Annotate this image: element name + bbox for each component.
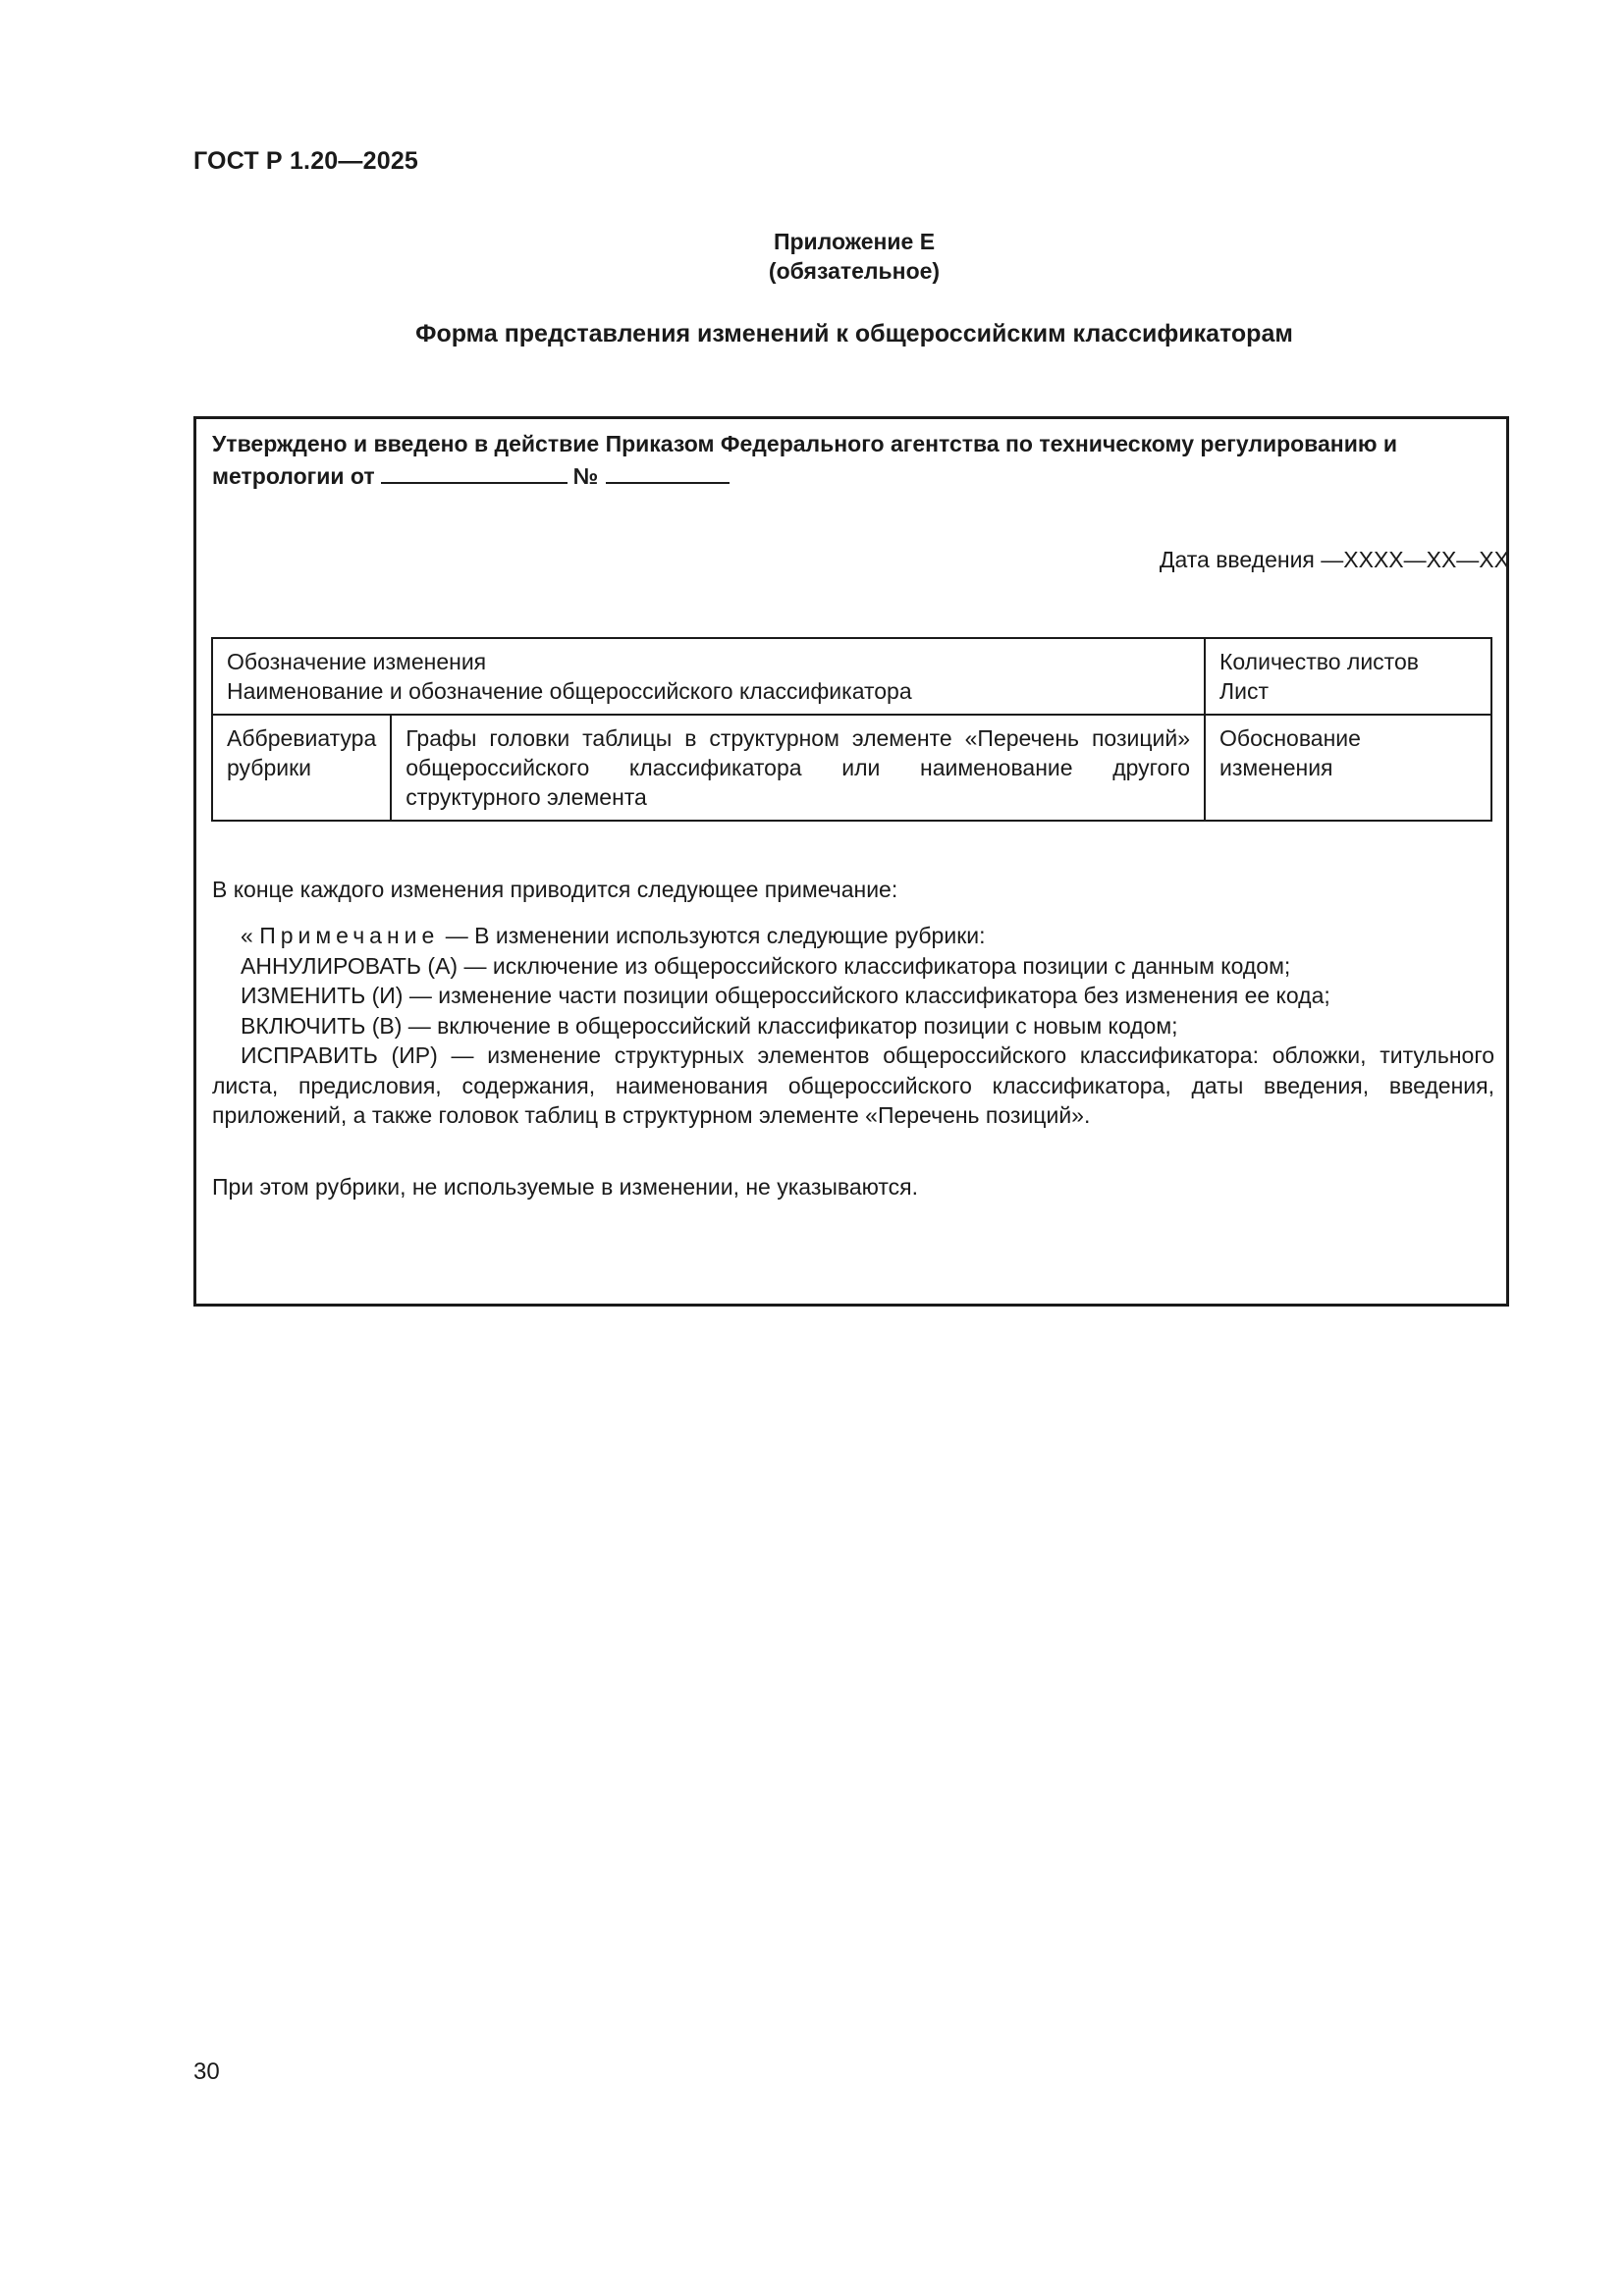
note-item-correct: ИСПРАВИТЬ (ИР) — изменение структурных э…	[212, 1041, 1494, 1131]
document-code: ГОСТ Р 1.20—2025	[193, 147, 418, 176]
note-intro: « Примечание — В изменении используются …	[212, 921, 1494, 951]
approval-date-blank	[381, 460, 568, 484]
approval-line-1: Утверждено и введено в действие Приказом…	[212, 428, 1498, 460]
approval-number-blank	[606, 460, 730, 484]
change-form-table: Обозначение изменения Наименование и обо…	[211, 637, 1492, 822]
approval-line-2: метрологии от№	[212, 460, 1498, 493]
note-item-change: ИЗМЕНИТЬ (И) — изменение части позиции о…	[212, 981, 1494, 1011]
intro-date: Дата введения —XXXX—XX—XX	[1160, 547, 1509, 573]
table-cell-sheet-count: Количество листов Лист	[1205, 638, 1491, 715]
table-row: Обозначение изменения Наименование и обо…	[212, 638, 1491, 715]
approval-date-label: метрологии от	[212, 463, 375, 489]
table-row: Аббревиатура рубрики Графы головки табли…	[212, 715, 1491, 821]
page-number: 30	[193, 2058, 220, 2086]
table-cell-change-designation: Обозначение изменения Наименование и обо…	[212, 638, 1205, 715]
table-cell-justification: Обоснование изменения	[1205, 715, 1491, 821]
note-item-include: ВКЛЮЧИТЬ (В) — включение в общероссийски…	[212, 1011, 1494, 1041]
form-title: Форма представления изменений к общеросс…	[0, 320, 1624, 348]
table-cell-rubric-abbreviation: Аббревиатура рубрики	[212, 715, 391, 821]
note-item-annul: АННУЛИРОВАТЬ (А) — исключение из общерос…	[212, 951, 1494, 982]
note-label: Примечание	[259, 923, 439, 948]
approval-statement: Утверждено и введено в действие Приказом…	[212, 428, 1498, 493]
note-lead: В конце каждого изменения приводится сле…	[212, 877, 897, 903]
appendix-status: (обязательное)	[0, 258, 1624, 285]
number-sign: №	[573, 463, 599, 489]
note-block: « Примечание — В изменении используются …	[212, 921, 1494, 1131]
appendix-title: Приложение Е	[0, 229, 1624, 255]
table-cell-columns-description: Графы головки таблицы в структурном элем…	[391, 715, 1205, 821]
closing-statement: При этом рубрики, не используемые в изме…	[212, 1174, 918, 1201]
